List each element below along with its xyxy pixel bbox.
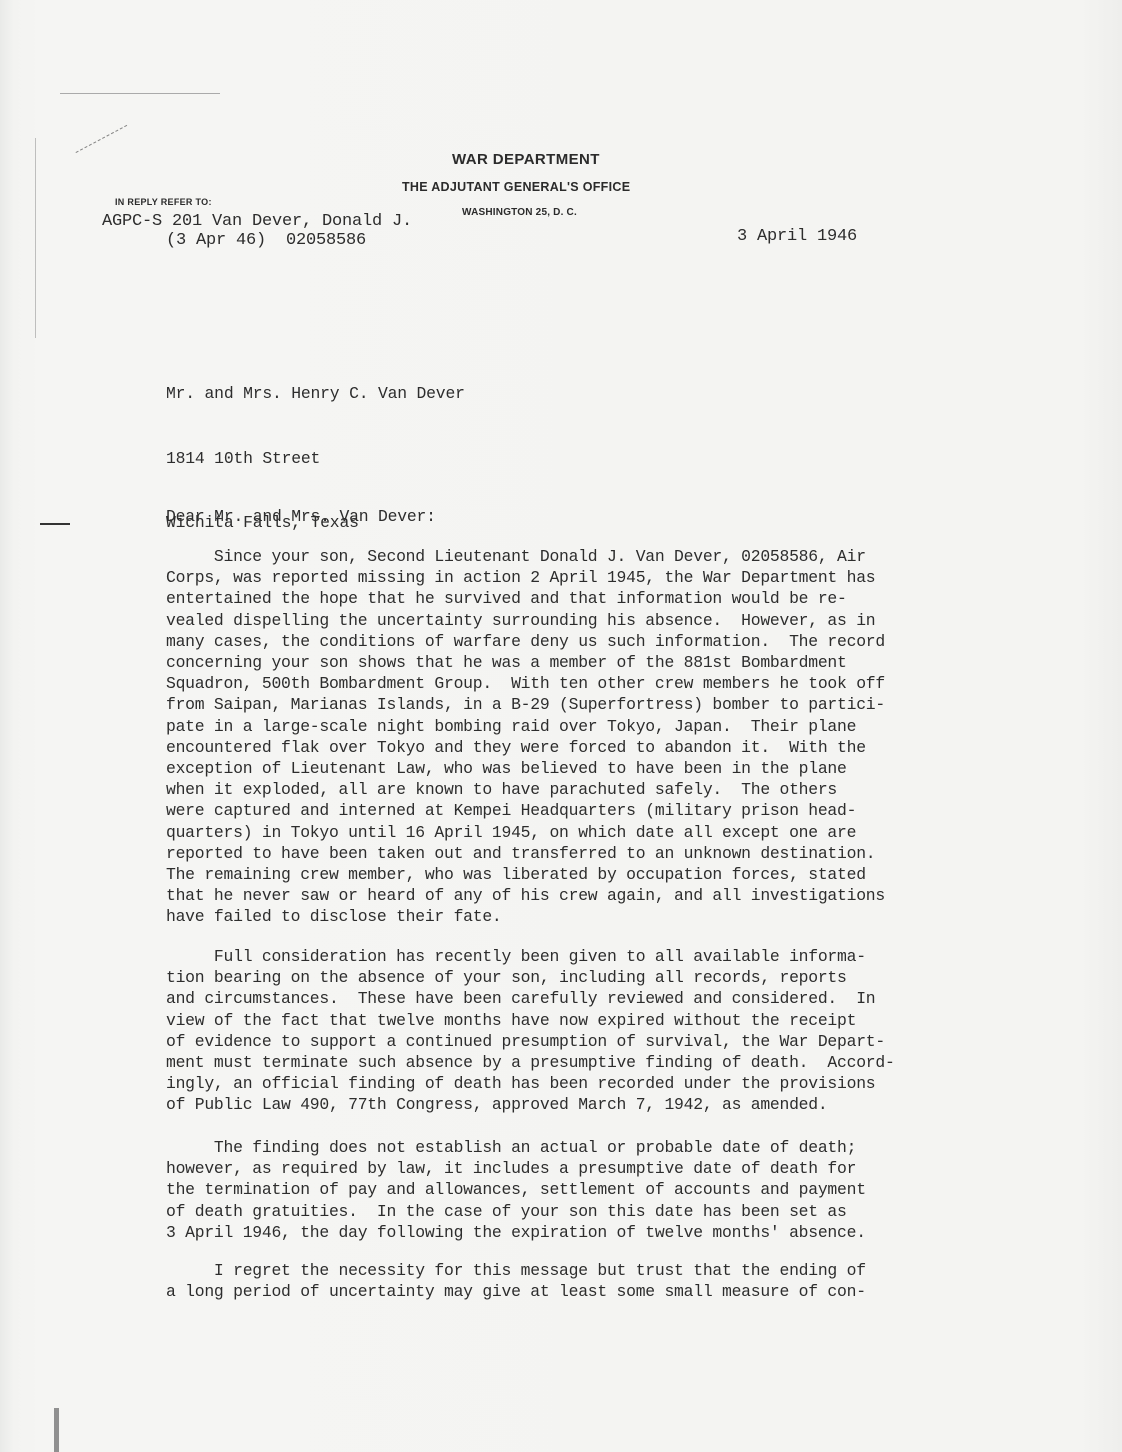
letter-date: 3 April 1946: [737, 226, 857, 247]
text-line: concerning your son shows that he was a …: [166, 652, 885, 673]
text-line: view of the fact that twelve months have…: [166, 1010, 895, 1031]
text-line: The finding does not establish an actual…: [166, 1137, 866, 1158]
text-line: Full consideration has recently been giv…: [166, 946, 895, 967]
binding-mark: [54, 1408, 59, 1452]
text-line: exception of Lieutenant Law, who was bel…: [166, 758, 885, 779]
text-line: many cases, the conditions of warfare de…: [166, 631, 885, 652]
text-line: of death gratuities. In the case of your…: [166, 1201, 866, 1222]
text-line: I regret the necessity for this message …: [166, 1260, 866, 1281]
text-line: from Saipan, Marianas Islands, in a B-29…: [166, 694, 885, 715]
recipient-street: 1814 10th Street: [166, 448, 465, 470]
letterhead-office: THE ADJUTANT GENERAL'S OFFICE: [402, 180, 630, 194]
text-line: vealed dispelling the uncertainty surrou…: [166, 610, 885, 631]
text-line: Since your son, Second Lieutenant Donald…: [166, 546, 885, 567]
salutation: Dear Mr. and Mrs. Van Dever:: [166, 506, 436, 527]
letter-page: WAR DEPARTMENT THE ADJUTANT GENERAL'S OF…: [0, 0, 1122, 1452]
text-line: however, as required by law, it includes…: [166, 1158, 866, 1179]
text-line: pate in a large-scale night bombing raid…: [166, 716, 885, 737]
text-line: ment must terminate such absence by a pr…: [166, 1052, 895, 1073]
pencil-mark: [76, 125, 128, 154]
paragraph-2: Full consideration has recently been giv…: [166, 946, 895, 1116]
text-line: a long period of uncertainty may give at…: [166, 1281, 866, 1302]
left-margin-mark: [35, 138, 36, 338]
paragraph-3: The finding does not establish an actual…: [166, 1137, 866, 1243]
text-line: entertained the hope that he survived an…: [166, 588, 885, 609]
text-line: have failed to disclose their fate.: [166, 906, 885, 927]
letterhead-department: WAR DEPARTMENT: [452, 151, 600, 168]
reference-line-1: AGPC-S 201 Van Dever, Donald J.: [102, 211, 412, 232]
text-line: 3 April 1946, the day following the expi…: [166, 1222, 866, 1243]
text-line: The remaining crew member, who was liber…: [166, 864, 885, 885]
text-line: quarters) in Tokyo until 16 April 1945, …: [166, 822, 885, 843]
text-line: encountered flak over Tokyo and they wer…: [166, 737, 885, 758]
text-line: and circumstances. These have been caref…: [166, 988, 895, 1009]
text-line: tion bearing on the absence of your son,…: [166, 967, 895, 988]
text-line: the termination of pay and allowances, s…: [166, 1179, 866, 1200]
recipient-name: Mr. and Mrs. Henry C. Van Dever: [166, 383, 465, 405]
text-line: Squadron, 500th Bombardment Group. With …: [166, 673, 885, 694]
text-line: of Public Law 490, 77th Congress, approv…: [166, 1094, 895, 1115]
text-line: were captured and interned at Kempei Hea…: [166, 800, 885, 821]
text-line: of evidence to support a continued presu…: [166, 1031, 895, 1052]
text-line: ingly, an official finding of death has …: [166, 1073, 895, 1094]
paragraph-1: Since your son, Second Lieutenant Donald…: [166, 546, 885, 928]
reply-refer-label: IN REPLY REFER TO:: [115, 197, 212, 207]
reference-line-2: (3 Apr 46) 02058586: [166, 230, 366, 251]
text-line: when it exploded, all are known to have …: [166, 779, 885, 800]
top-rule-mark: [60, 93, 220, 94]
text-line: that he never saw or heard of any of his…: [166, 885, 885, 906]
fold-mark: [40, 523, 70, 525]
text-line: reported to have been taken out and tran…: [166, 843, 885, 864]
letterhead-address: WASHINGTON 25, D. C.: [462, 207, 577, 218]
text-line: Corps, was reported missing in action 2 …: [166, 567, 885, 588]
paragraph-4: I regret the necessity for this message …: [166, 1260, 866, 1302]
recipient-address: Mr. and Mrs. Henry C. Van Dever 1814 10t…: [166, 340, 465, 577]
